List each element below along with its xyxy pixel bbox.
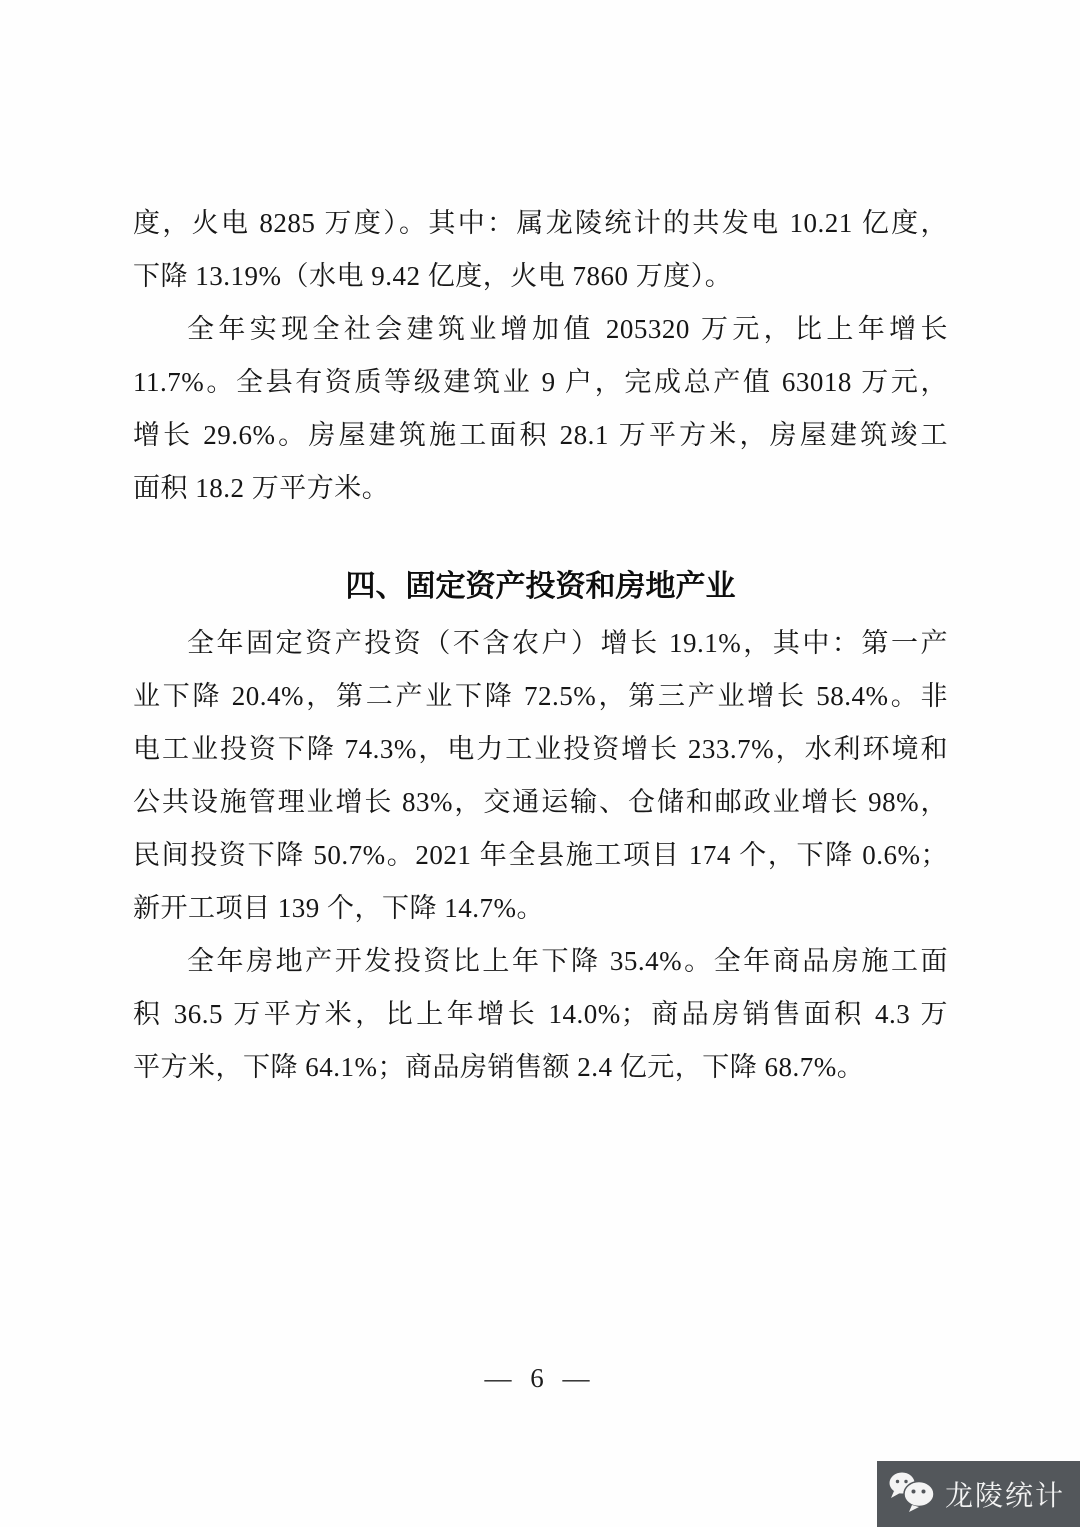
body-line: 11.7%。全县有资质等级建筑业 9 户，完成总产值 63018 万元，	[133, 356, 948, 409]
body-line: 平方米，下降 64.1%；商品房销售额 2.4 亿元，下降 68.7%。	[133, 1041, 948, 1094]
body-line: 度，火电 8285 万度）。其中：属龙陵统计的共发电 10.21 亿度，	[133, 197, 948, 250]
body-line: 业下降 20.4%，第二产业下降 72.5%，第三产业增长 58.4%。非	[133, 670, 948, 723]
body-line: 积 36.5 万平方米，比上年增长 14.0%；商品房销售面积 4.3 万	[133, 988, 948, 1041]
document-page: 度，火电 8285 万度）。其中：属龙陵统计的共发电 10.21 亿度， 下降 …	[0, 0, 1080, 1527]
body-text-block-1: 度，火电 8285 万度）。其中：属龙陵统计的共发电 10.21 亿度， 下降 …	[133, 197, 948, 515]
wechat-icon	[887, 1469, 939, 1518]
body-line: 公共设施管理业增长 83%，交通运输、仓储和邮政业增长 98%，	[133, 776, 948, 829]
body-line: 全年固定资产投资（不含农户）增长 19.1%，其中：第一产	[133, 617, 948, 670]
body-line: 全年房地产开发投资比上年下降 35.4%。全年商品房施工面	[133, 935, 948, 988]
body-line: 新开工项目 139 个，下降 14.7%。	[133, 882, 948, 935]
body-line: 下降 13.19%（水电 9.42 亿度，火电 7860 万度）。	[133, 250, 948, 303]
official-account-banner: 龙陵统计	[877, 1461, 1080, 1527]
section-heading: 四、固定资产投资和房地产业	[133, 560, 948, 613]
page-number: — 6 —	[0, 1352, 1080, 1405]
body-line: 民间投资下降 50.7%。2021 年全县施工项目 174 个，下降 0.6%；	[133, 829, 948, 882]
body-line: 增长 29.6%。房屋建筑施工面积 28.1 万平方米，房屋建筑竣工	[133, 409, 948, 462]
account-name: 龙陵统计	[945, 1474, 1065, 1514]
body-line: 面积 18.2 万平方米。	[133, 462, 948, 515]
body-line: 全年实现全社会建筑业增加值 205320 万元，比上年增长	[133, 303, 948, 356]
body-text-block-2: 全年固定资产投资（不含农户）增长 19.1%，其中：第一产 业下降 20.4%，…	[133, 617, 948, 935]
body-text-block-3: 全年房地产开发投资比上年下降 35.4%。全年商品房施工面 积 36.5 万平方…	[133, 935, 948, 1094]
body-line: 电工业投资下降 74.3%，电力工业投资增长 233.7%，水利环境和	[133, 723, 948, 776]
